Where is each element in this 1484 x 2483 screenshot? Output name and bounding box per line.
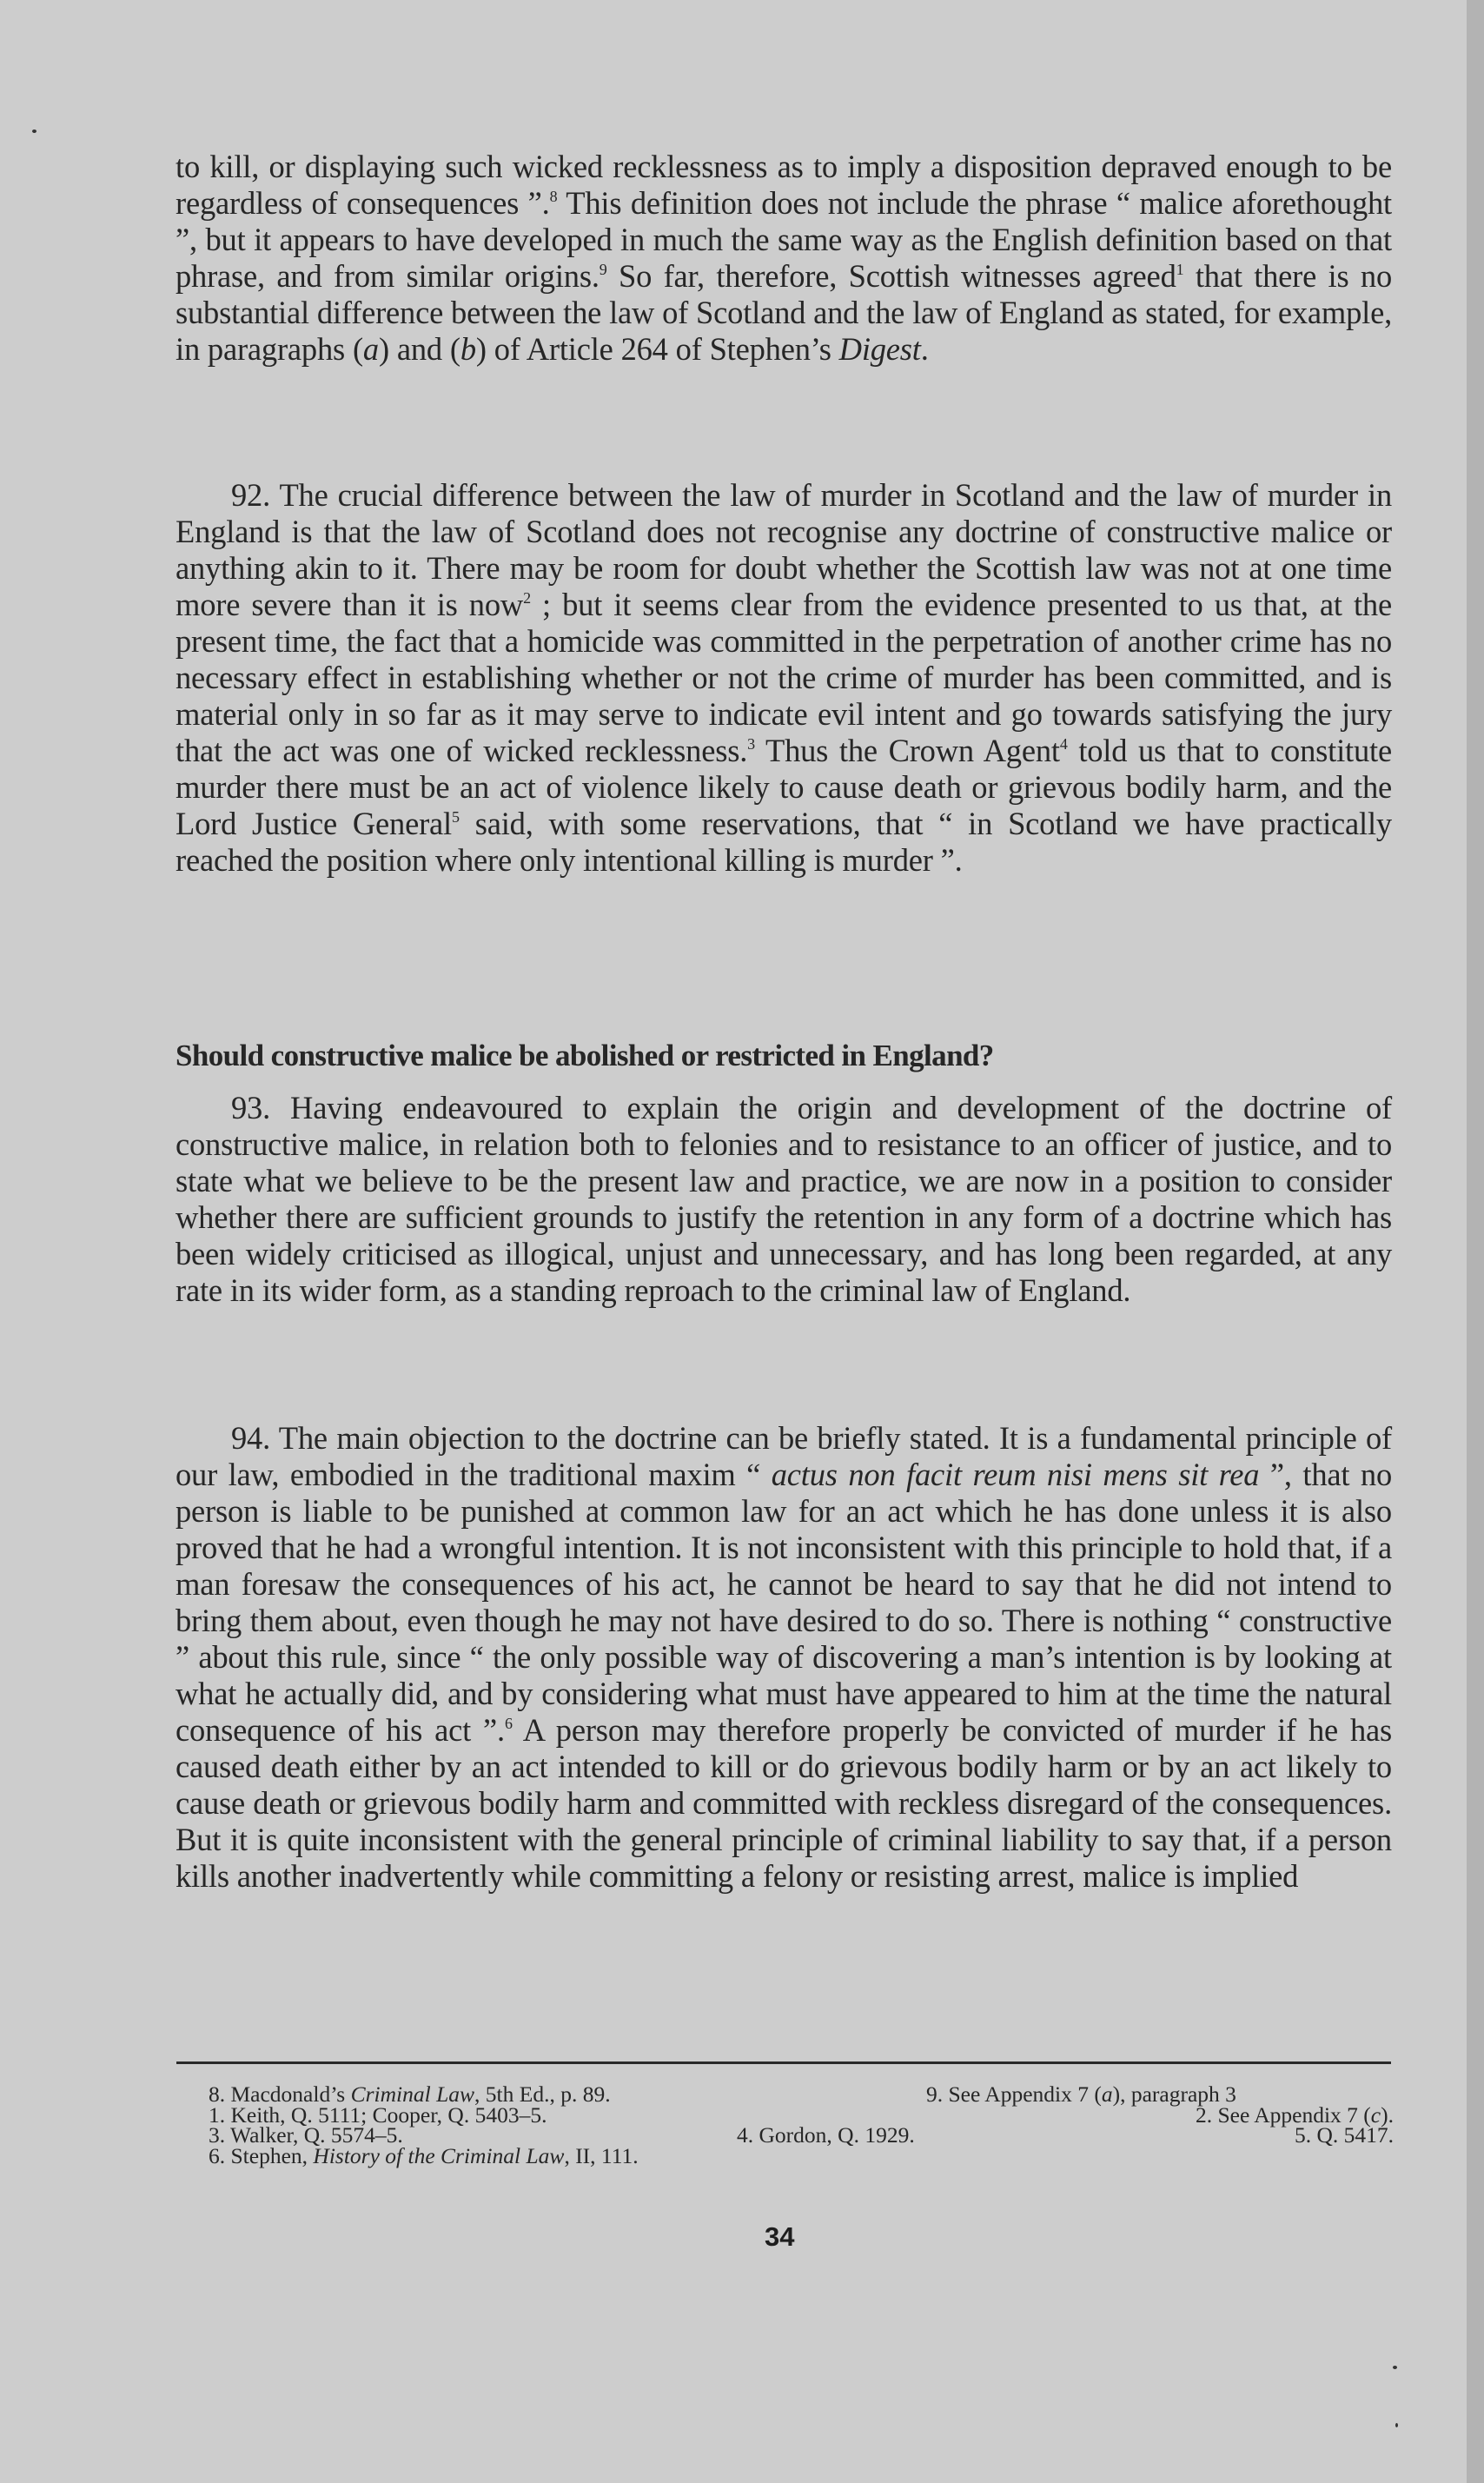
paragraph-92: 92. The crucial difference between the l…: [176, 477, 1392, 879]
paragraph-91-continuation: to kill, or displaying such wicked reckl…: [176, 149, 1392, 368]
paper-speck: [1393, 2366, 1397, 2369]
footnote-separator-rule: [176, 2061, 1391, 2064]
paragraph-93: 93. Having endeavoured to explain the or…: [176, 1090, 1392, 1309]
footnote-5: 5. Q. 5417.: [1295, 2125, 1394, 2146]
section-heading: Should constructive malice be abolished …: [176, 1038, 994, 1074]
footnote-8: 8. Macdonald’s Criminal Law, 5th Ed., p.…: [209, 2084, 611, 2105]
body-text: to kill, or displaying such wicked reckl…: [176, 149, 1392, 368]
body-text: 93. Having endeavoured to explain the or…: [176, 1090, 1392, 1309]
paper-speck: [32, 129, 36, 133]
footnote-6: 6. Stephen, History of the Criminal Law,…: [209, 2146, 639, 2167]
page-number: 34: [765, 2222, 794, 2252]
footnote-4: 4. Gordon, Q. 1929.: [737, 2125, 915, 2146]
footnote-9: 9. See Appendix 7 (a), paragraph 3: [926, 2084, 1236, 2105]
page-edge-shadow: [1467, 0, 1484, 2483]
body-text: 94. The main objection to the doctrine c…: [176, 1420, 1392, 1895]
footnotes: 8. Macdonald’s Criminal Law, 5th Ed., p.…: [209, 2084, 1390, 2166]
paragraph-94: 94. The main objection to the doctrine c…: [176, 1420, 1392, 1895]
paper-speck: [1395, 2423, 1398, 2427]
body-text: 92. The crucial difference between the l…: [176, 477, 1392, 879]
